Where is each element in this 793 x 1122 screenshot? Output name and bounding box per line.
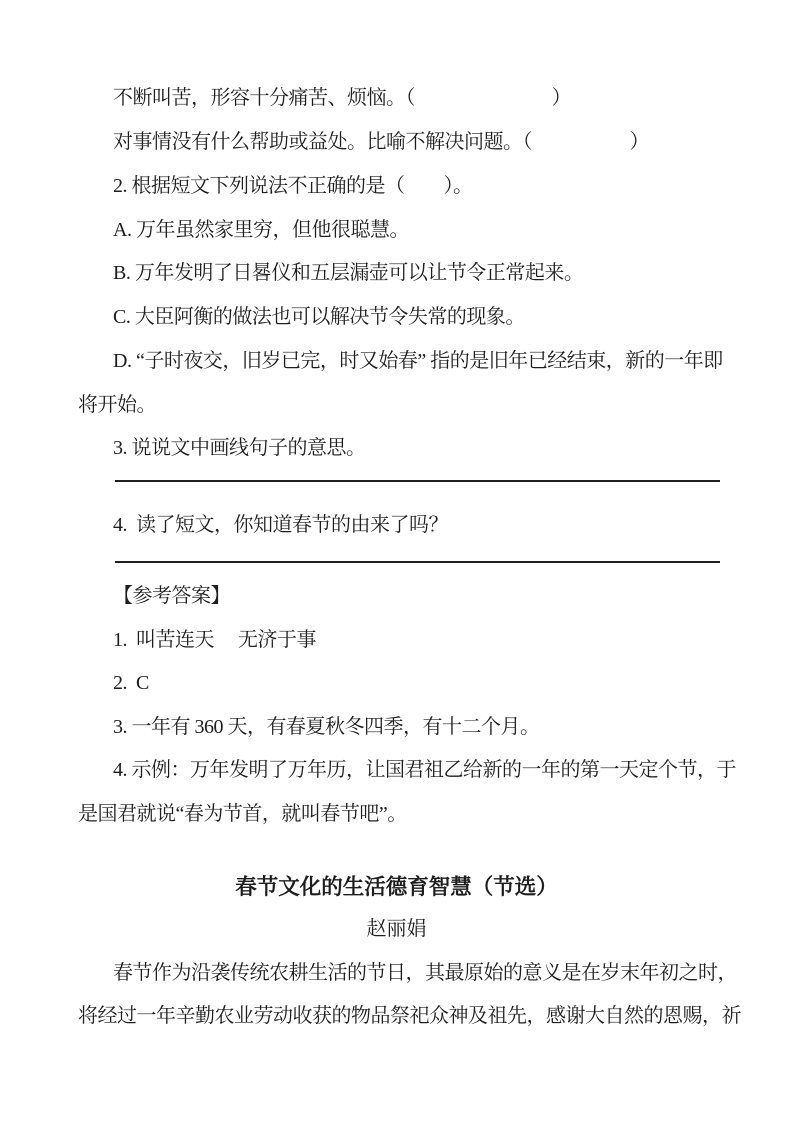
q2-option-c: C. 大臣阿衡的做法也可以解决节令失常的现象。 — [113, 303, 525, 331]
q2-option-a: A. 万年虽然家里穷，但他很聪慧。 — [113, 216, 409, 244]
q1-definition-blank-2: 对事情没有什么帮助或益处。比喻不解决问题。（ ） — [113, 128, 649, 156]
article-paragraph-line2: 将经过一年辛勤农业劳动收获的物品祭祀众神及祖先，感谢大自然的恩赐，祈 — [78, 1001, 741, 1029]
answer-1: 1. 叫苦连天 无济于事 — [113, 626, 316, 654]
q3-stem: 3. 说说文中画线句子的意思。 — [113, 434, 366, 462]
q2-option-d-line2: 将开始。 — [78, 391, 156, 419]
q2-option-d-line1: D. “子时夜交，旧岁已完，时又始春” 指的是旧年已经结束，新的一年即 — [113, 347, 723, 375]
article-title: 春节文化的生活德育智慧（节选） — [0, 872, 793, 902]
reference-answers-header: 【参考答案】 — [113, 582, 230, 610]
answer-4-line2: 是国君就说“春为节首，就叫春节吧”。 — [78, 800, 407, 828]
q4-stem: 4. 读了短文，你知道春节的由来了吗？ — [113, 511, 448, 539]
article-author: 赵丽娟 — [0, 915, 793, 943]
q1-definition-blank-1: 不断叫苦，形容十分痛苦、烦恼。（ ） — [113, 84, 571, 112]
answer-4-line1: 4. 示例：万年发明了万年历，让国君祖乙给新的一年的第一天定个节，于 — [113, 756, 736, 784]
answer-rule-line-2 — [115, 561, 720, 563]
answer-2: 2. C — [113, 669, 149, 697]
q2-stem: 2. 根据短文下列说法不正确的是（ ）。 — [113, 172, 473, 200]
worksheet-page: 不断叫苦，形容十分痛苦、烦恼。（ ） 对事情没有什么帮助或益处。比喻不解决问题。… — [0, 0, 793, 1122]
answer-rule-line-1 — [115, 480, 720, 482]
article-paragraph-line1: 春节作为沿袭传统农耕生活的节日，其最原始的意义是在岁末年初之时， — [113, 958, 737, 986]
q2-option-b: B. 万年发明了日晷仪和五层漏壶可以让节令正常起来。 — [113, 259, 583, 287]
answer-3: 3. 一年有 360 天，有春夏秋冬四季，有十二个月。 — [113, 713, 540, 741]
